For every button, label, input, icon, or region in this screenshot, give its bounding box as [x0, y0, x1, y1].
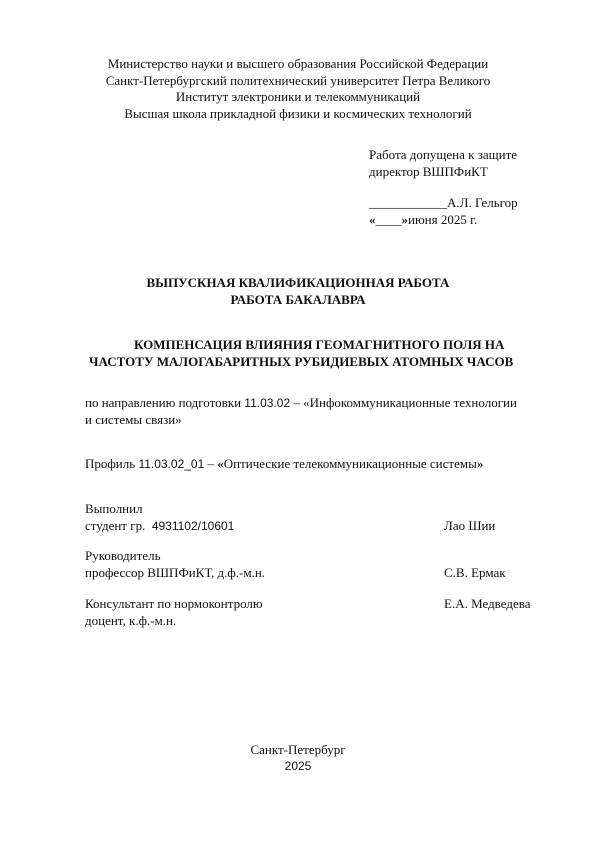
- direction-code: 11.03.02: [244, 396, 290, 410]
- topic-title-line-1: КОМПЕНСАЦИЯ ВЛИЯНИЯ ГЕОМАГНИТНОГО ПОЛЯ Н…: [134, 337, 504, 354]
- supervisor-position: профессор ВШПФиКТ, д.ф.-м.н.: [85, 565, 265, 582]
- profile-dash: –: [204, 456, 217, 471]
- title-page: Министерство науки и высшего образования…: [0, 0, 596, 842]
- university-name: Санкт-Петербургский политехнический унив…: [0, 73, 596, 90]
- profile-code: 11.03.02_01: [138, 457, 204, 471]
- direction-name: – «Инфокоммуникационные технологии: [290, 395, 517, 410]
- school-name: Высшая школа прикладной физики и космиче…: [0, 106, 596, 123]
- signature-blank: ____________: [369, 195, 447, 210]
- approval-signature-line: ____________А.Л. Гельгор: [369, 195, 518, 212]
- student-position: студент гр. 4931102/10601: [85, 518, 234, 535]
- direction-line-2: и системы связи»: [85, 412, 182, 429]
- approval-line-2: директор ВШПФиКТ: [369, 164, 488, 181]
- direction-line-1: по направлению подготовки 11.03.02 – «Ин…: [85, 395, 517, 412]
- supervisor-name: С.В. Ермак: [444, 565, 506, 582]
- topic-title-line-2: ЧАСТОТУ МАЛОГАБАРИТНЫХ РУБИДИЕВЫХ АТОМНЫ…: [89, 354, 513, 371]
- consultant-role: Консультант по нормоконтролю: [85, 596, 263, 613]
- city: Санкт-Петербург: [0, 742, 596, 759]
- approval-date: июня 2025 г.: [408, 212, 477, 227]
- direction-prefix: по направлению подготовки: [85, 395, 244, 410]
- profile-prefix: Профиль: [85, 456, 138, 471]
- student-position-prefix: студент гр.: [85, 518, 149, 533]
- consultant-position: доцент, к.ф.-м.н.: [85, 613, 176, 630]
- approver-name: А.Л. Гельгор: [447, 195, 518, 210]
- student-name: Лао Шии: [444, 518, 495, 535]
- student-role: Выполнил: [85, 501, 143, 518]
- consultant-name: Е.А. Медведева: [444, 596, 530, 613]
- day-blank: ____: [376, 212, 402, 227]
- institute-name: Институт электроники и телекоммуникаций: [0, 89, 596, 106]
- student-group: 4931102/10601: [152, 519, 235, 533]
- profile-name: Оптические телекоммуникационные системы: [224, 456, 477, 471]
- ministry-name: Министерство науки и высшего образования…: [0, 56, 596, 73]
- quote-close: »: [477, 456, 484, 471]
- year: 2025: [0, 758, 596, 775]
- supervisor-role: Руководитель: [85, 548, 161, 565]
- approval-date-line: «____»июня 2025 г.: [369, 212, 477, 229]
- work-type-subtitle: РАБОТА БАКАЛАВРА: [0, 292, 596, 309]
- approval-line-1: Работа допущена к защите: [369, 147, 517, 164]
- work-type-title: ВЫПУСКНАЯ КВАЛИФИКАЦИОННАЯ РАБОТА: [0, 275, 596, 292]
- profile-line: Профиль 11.03.02_01 – «Оптические телеко…: [85, 456, 483, 473]
